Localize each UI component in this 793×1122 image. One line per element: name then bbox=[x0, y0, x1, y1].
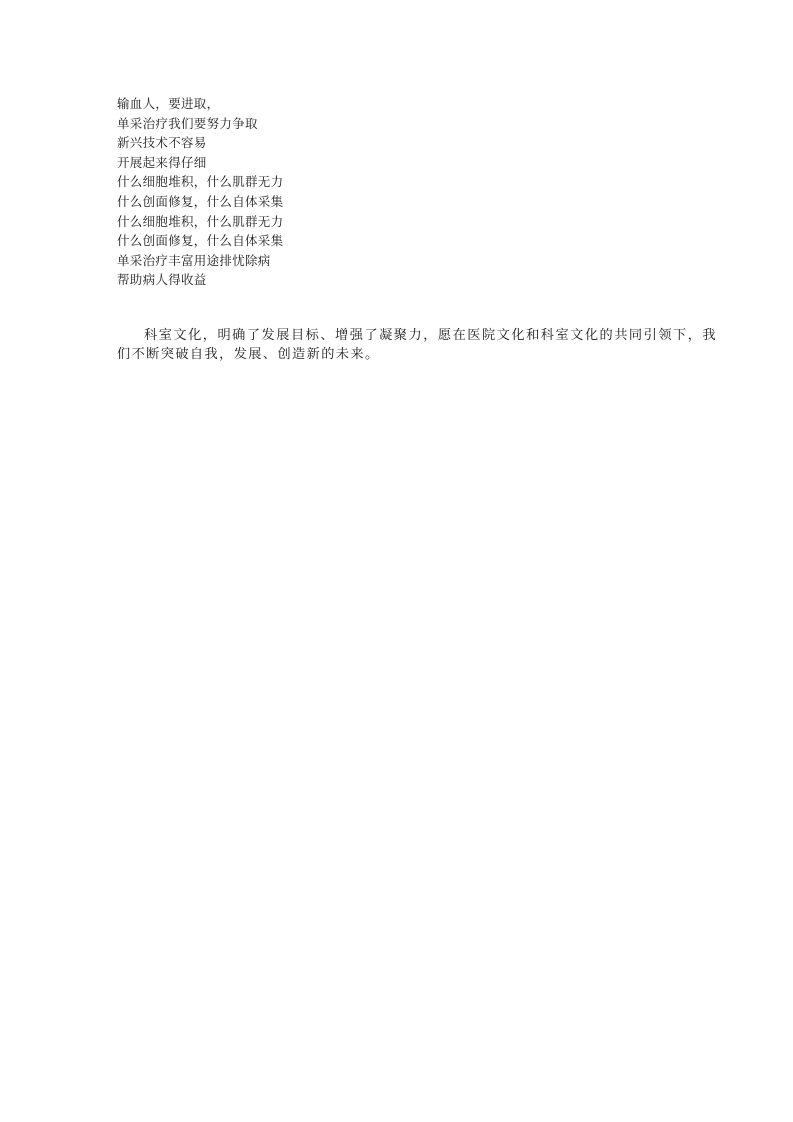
verse-line: 帮助病人得收益 bbox=[117, 270, 283, 290]
verse-line: 开展起来得仔细 bbox=[117, 153, 283, 173]
verse-line: 输血人，要进取， bbox=[117, 94, 283, 114]
verse-line: 什么细胞堆积，什么肌群无力 bbox=[117, 172, 283, 192]
verse-block: 输血人，要进取， 单采治疗我们要努力争取 新兴技术不容易 开展起来得仔细 什么细… bbox=[117, 94, 283, 290]
verse-line: 什么创面修复，什么自体采集 bbox=[117, 231, 283, 251]
verse-line: 单采治疗我们要努力争取 bbox=[117, 114, 283, 134]
verse-line: 什么细胞堆积，什么肌群无力 bbox=[117, 212, 283, 232]
closing-paragraph: 科室文化，明确了发展目标、增强了凝聚力，愿在医院文化和科室文化的共同引领下，我们… bbox=[117, 326, 717, 364]
verse-line: 什么创面修复，什么自体采集 bbox=[117, 192, 283, 212]
document-page: 输血人，要进取， 单采治疗我们要努力争取 新兴技术不容易 开展起来得仔细 什么细… bbox=[0, 0, 793, 1122]
verse-line: 新兴技术不容易 bbox=[117, 133, 283, 153]
verse-line: 单采治疗丰富用途排忧除病 bbox=[117, 251, 283, 271]
